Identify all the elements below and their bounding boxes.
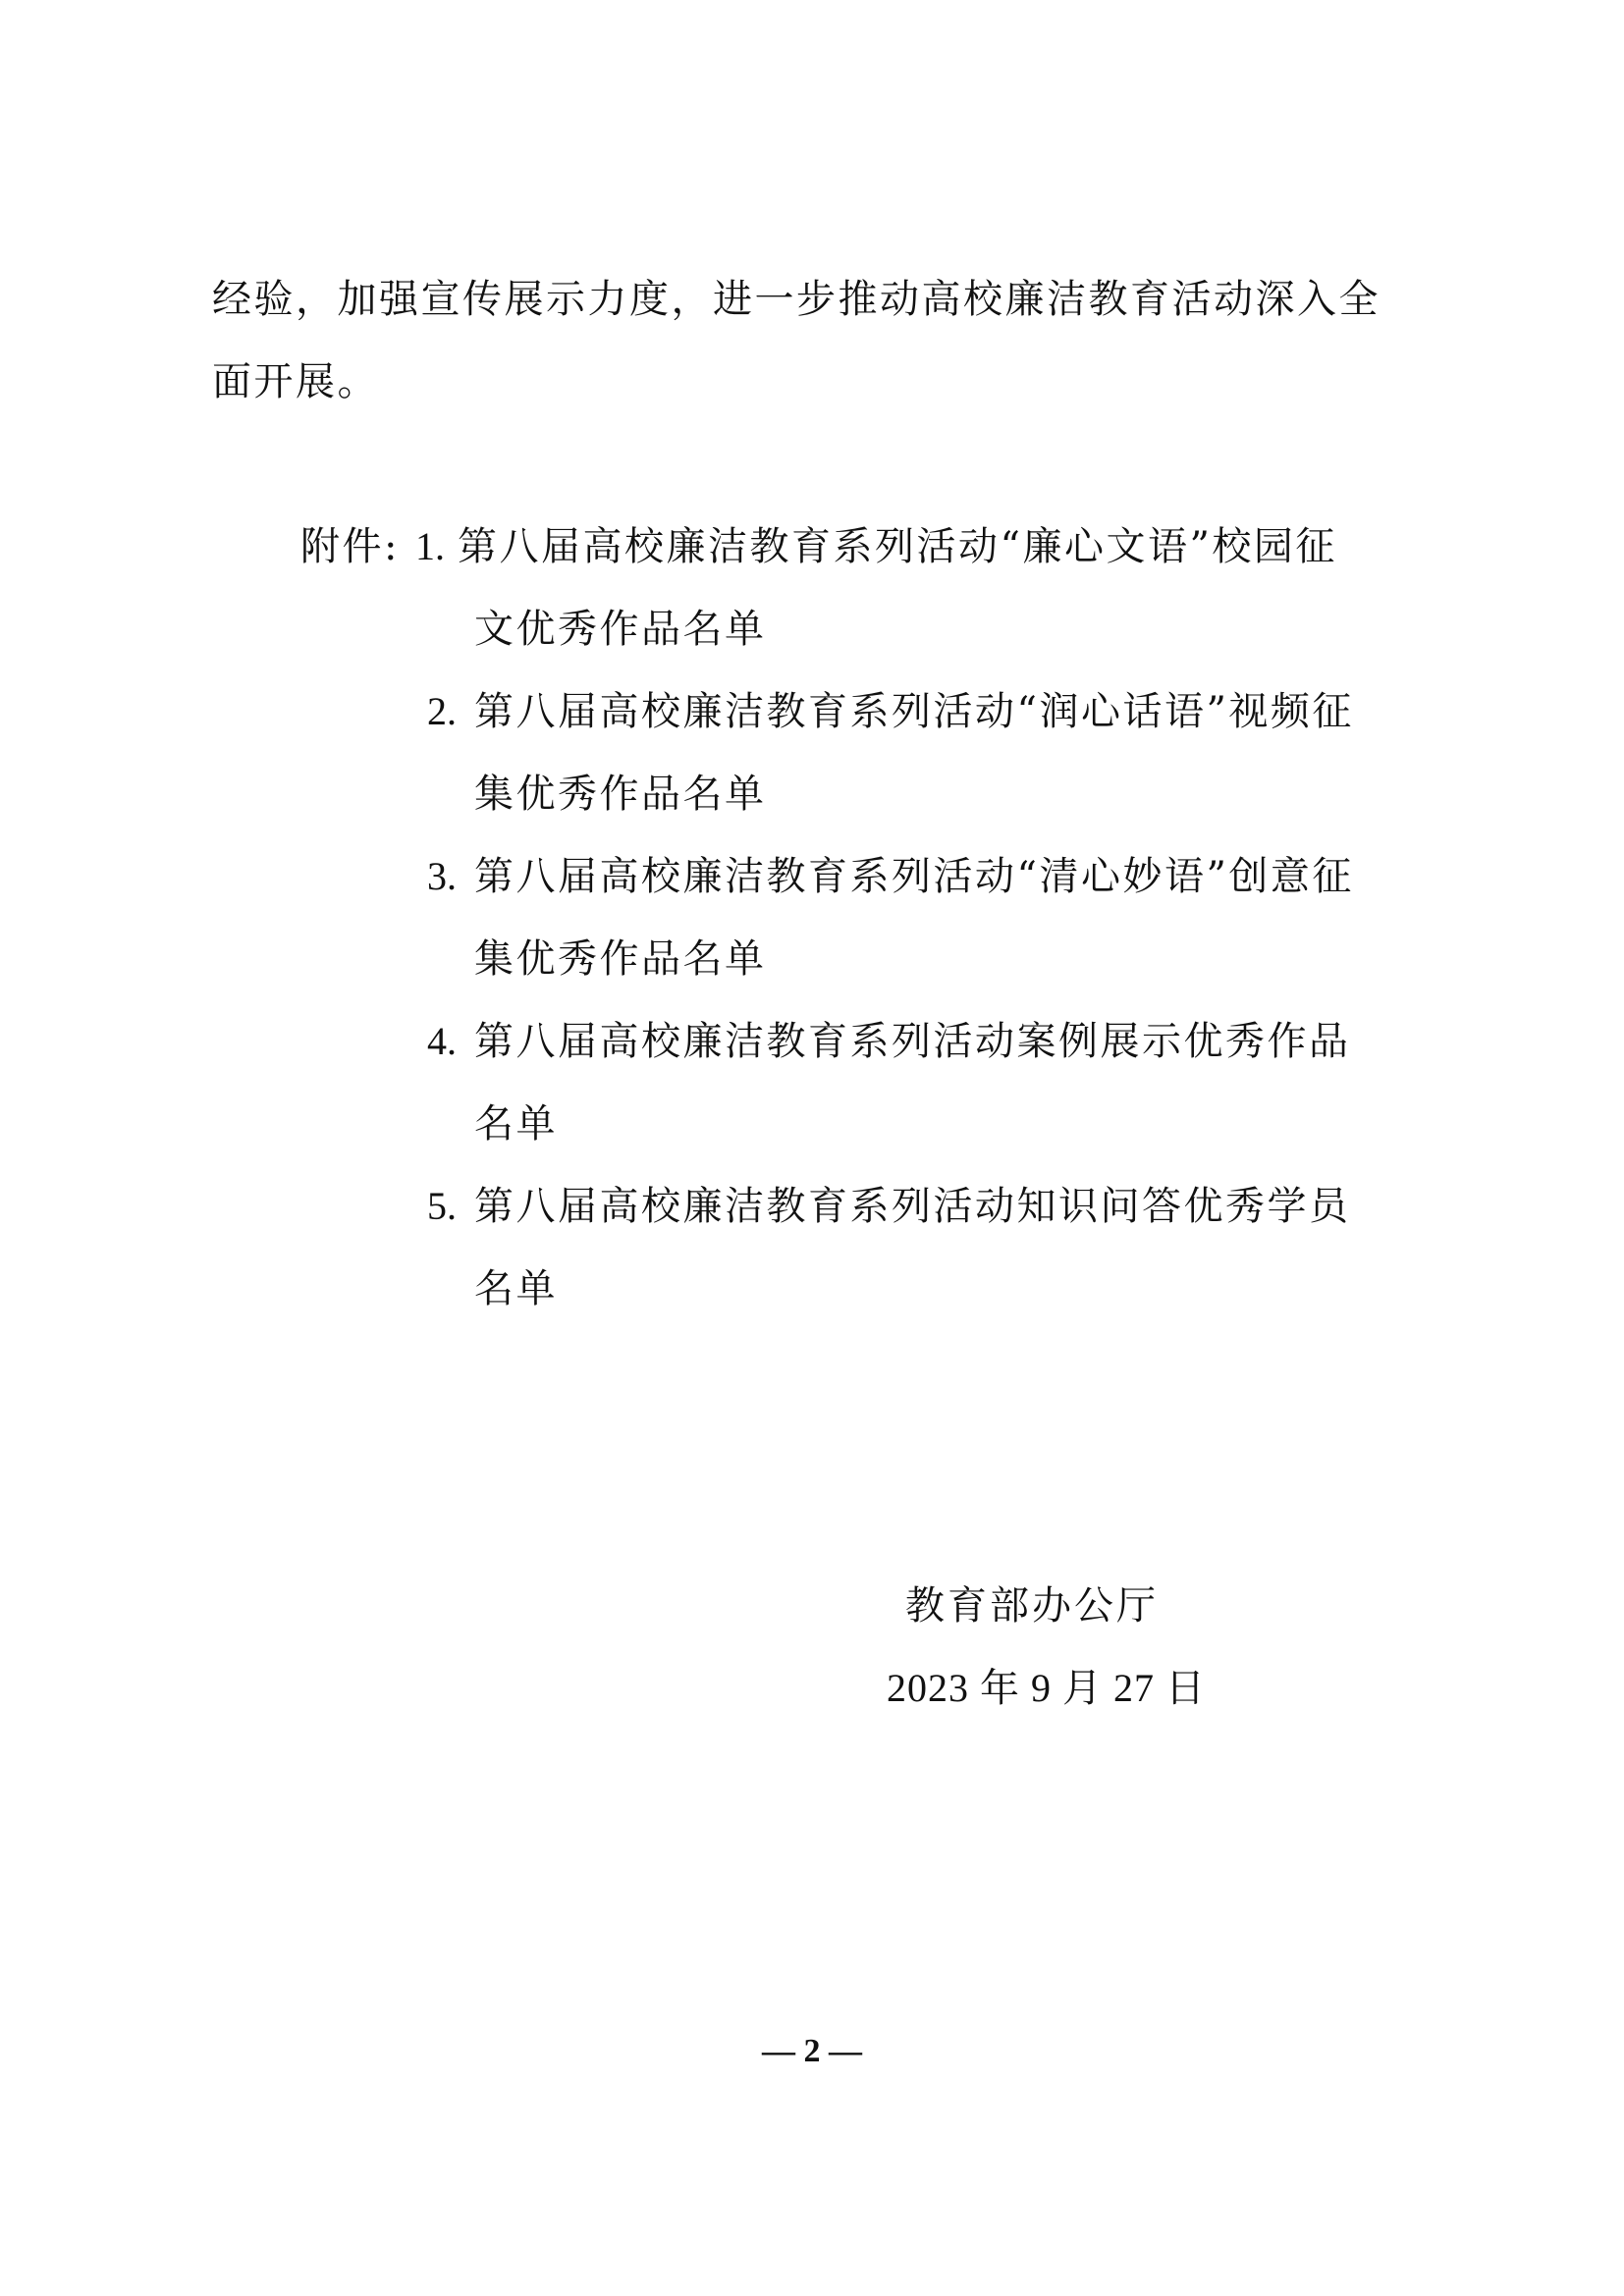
attachments-label: 附件: [300, 522, 400, 571]
attachment-5-title-cont: 名单 [474, 1264, 558, 1313]
attachment-3-title-cont: 集优秀作品名单 [474, 934, 767, 984]
attachment-2-number: 2. [427, 687, 457, 736]
issue-date: 2023 年 9 月 27 日 [887, 1664, 1206, 1713]
attachment-5-title: 第八届高校廉洁教育系列活动知识问答优秀学员 [474, 1182, 1351, 1231]
attachment-1-title: 第八届高校廉洁教育系列活动“廉心文语”校园征 [458, 522, 1337, 571]
attachment-5-number: 5. [427, 1182, 457, 1231]
issuer-name: 教育部办公厅 [905, 1581, 1159, 1630]
attachment-2-title-cont: 集优秀作品名单 [474, 770, 767, 819]
attachment-3-number: 3. [427, 852, 457, 901]
attachment-4-title-cont: 名单 [474, 1099, 558, 1148]
attachment-4-number: 4. [427, 1017, 457, 1066]
attachment-3-title: 第八届高校廉洁教育系列活动“清心妙语”创意征 [474, 852, 1354, 901]
attachment-1-number: 1. [415, 522, 445, 571]
attachment-1-title-cont: 文优秀作品名单 [474, 605, 767, 654]
attachment-4-title: 第八届高校廉洁教育系列活动案例展示优秀作品 [474, 1017, 1351, 1066]
page-number: — 2 — [0, 2027, 1624, 2076]
body-text-line-1: 经验，加强宣传展示力度，进一步推动高校廉洁教育活动深入全 [212, 275, 1380, 324]
attachment-2-title: 第八届高校廉洁教育系列活动“润心话语”视频征 [474, 687, 1354, 736]
body-text-line-2: 面开展。 [212, 357, 379, 406]
